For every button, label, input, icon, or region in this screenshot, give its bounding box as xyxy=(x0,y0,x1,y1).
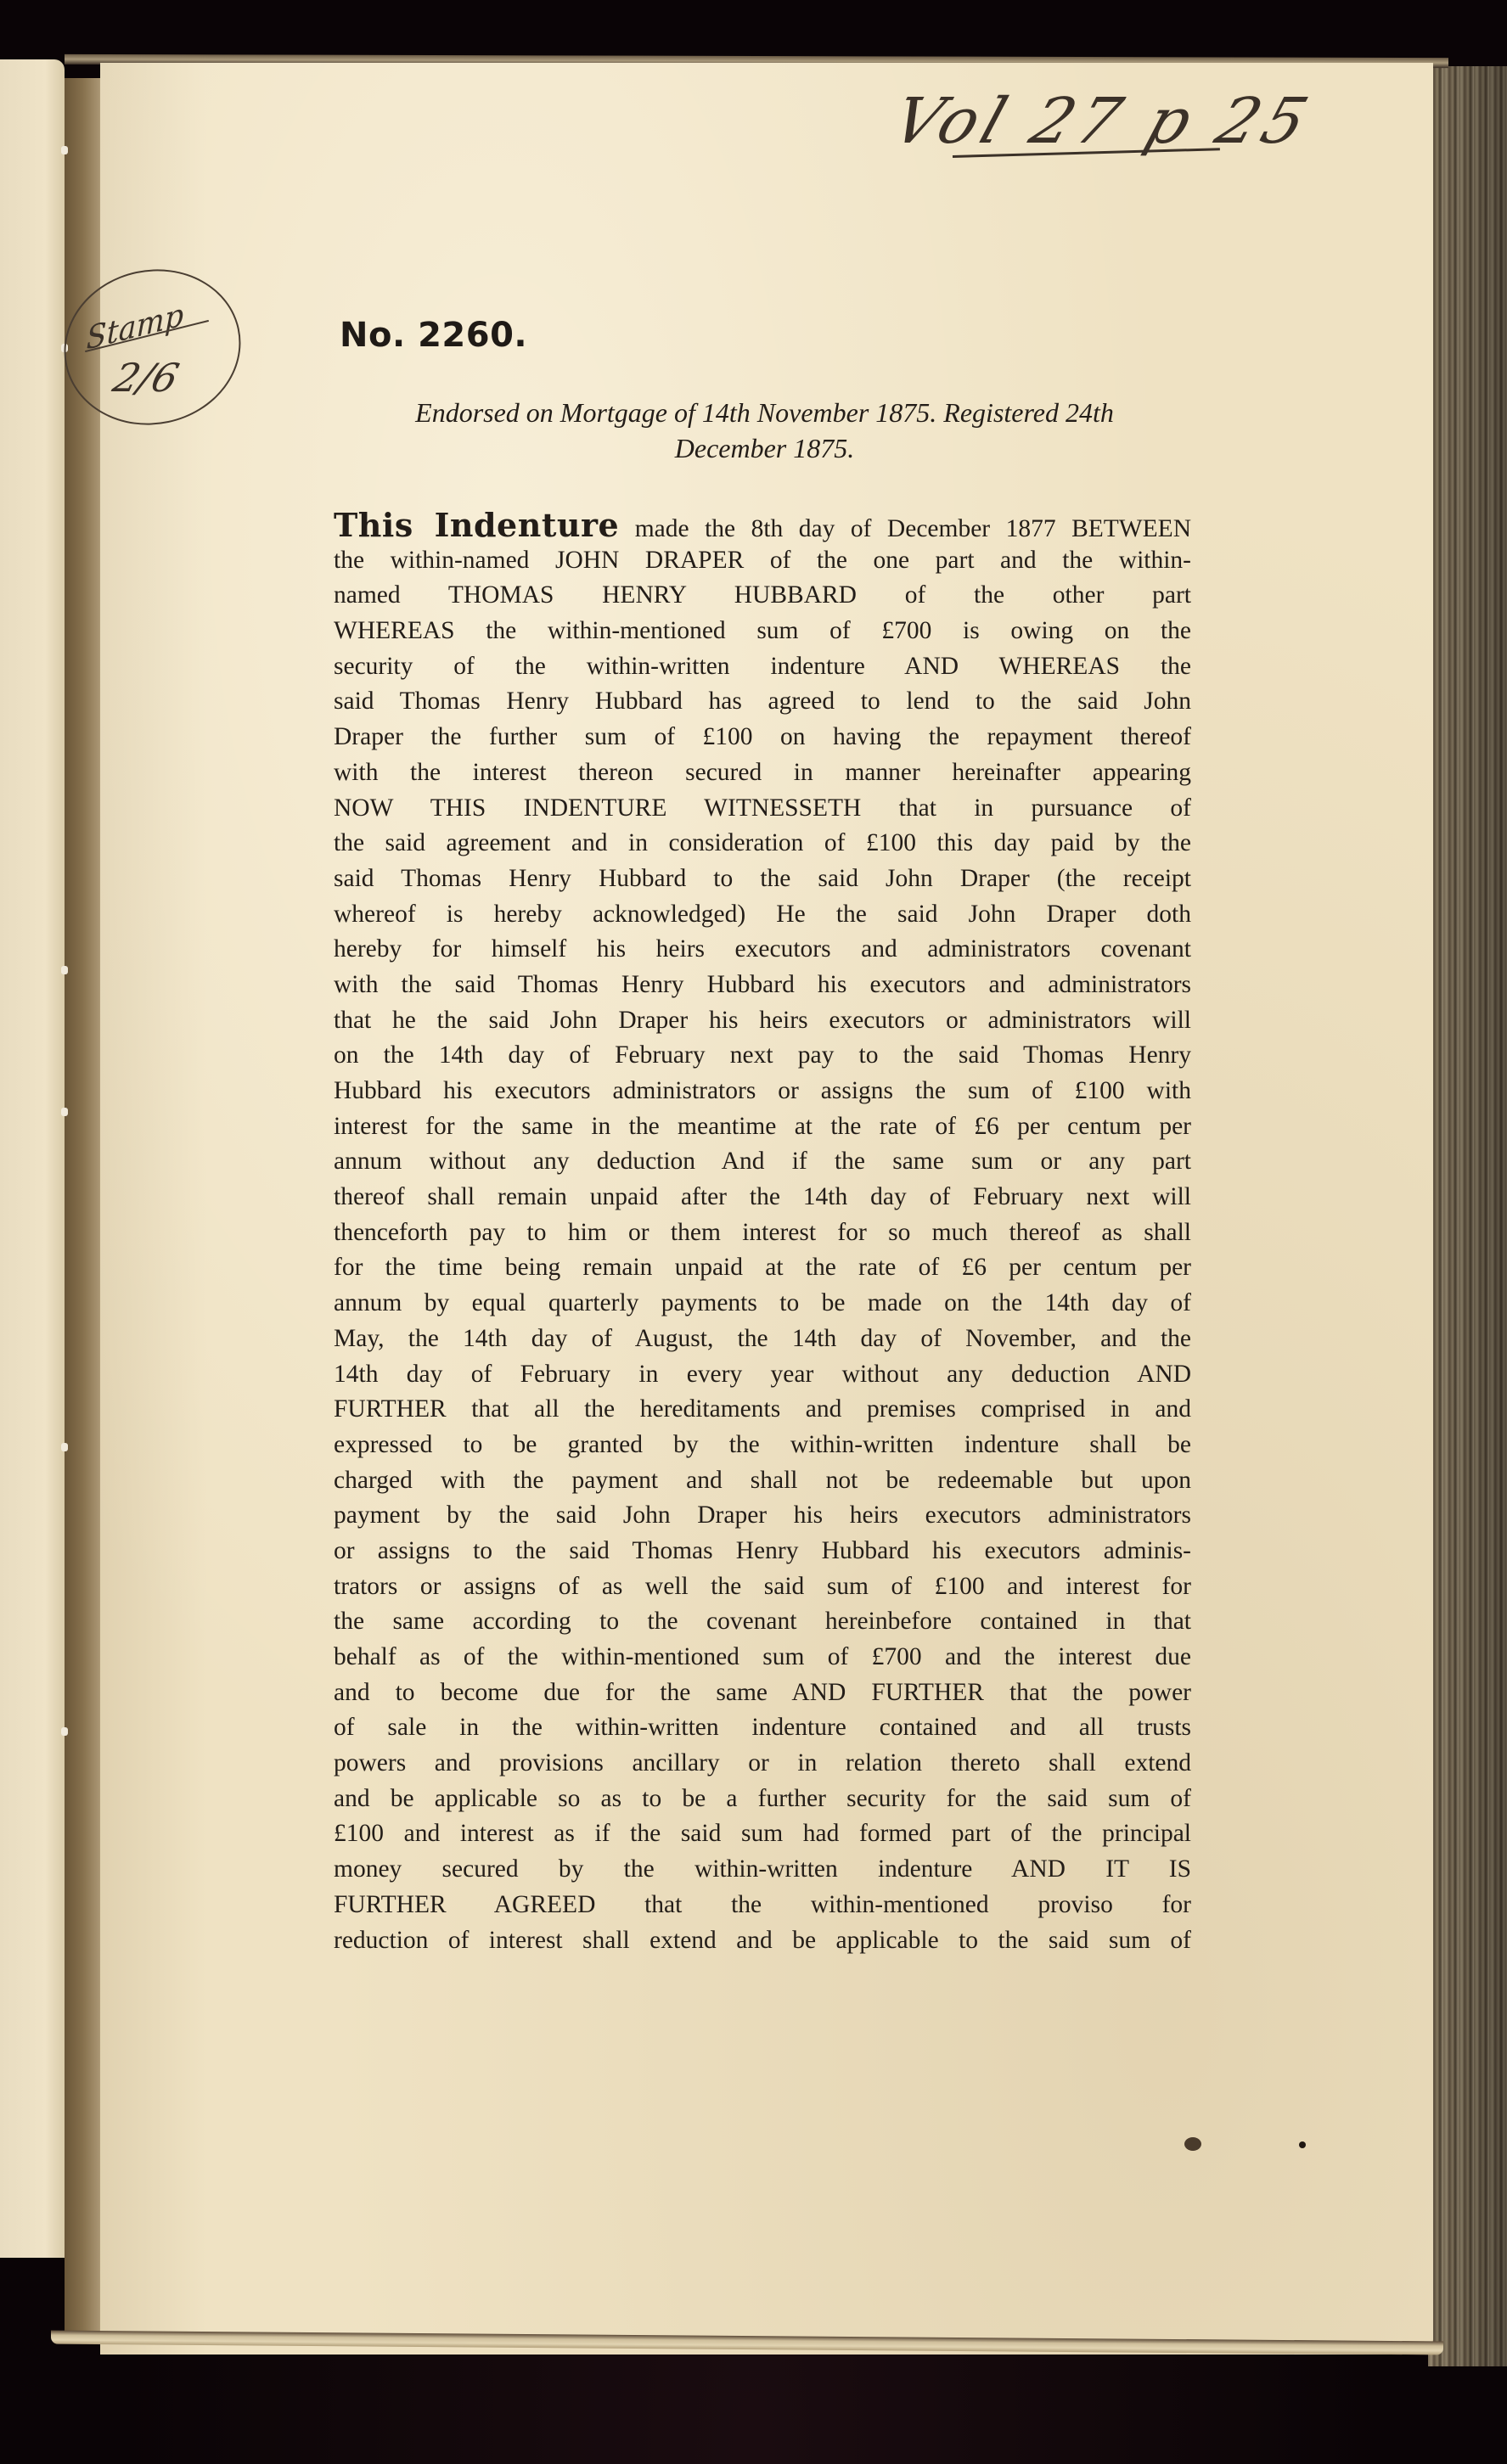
body-line: named THOMAS HENRY HUBBARD of the other … xyxy=(334,578,1191,614)
body-line: the same according to the covenant herei… xyxy=(334,1604,1191,1640)
binding-stitch xyxy=(61,146,68,154)
body-line: security of the within-written indenture… xyxy=(334,649,1191,685)
body-line: on the 14th day of February next pay to … xyxy=(334,1038,1191,1074)
opening-words: This Indenture xyxy=(334,506,619,544)
page-block-shadow xyxy=(1428,66,1507,2366)
body-line: trators or assigns of as well the said s… xyxy=(334,1569,1191,1605)
body-line: hereby for himself his heirs executors a… xyxy=(334,932,1191,968)
binding-stitch xyxy=(61,1108,68,1116)
body-line: for the time being remain unpaid at the … xyxy=(334,1250,1191,1286)
body-line: annum by equal quarterly payments to be … xyxy=(334,1286,1191,1322)
ink-spot xyxy=(1299,2141,1306,2148)
body-line: of sale in the within-written indenture … xyxy=(334,1710,1191,1746)
body-line: interest for the same in the meantime at… xyxy=(334,1109,1191,1145)
document-number: No. 2260. xyxy=(340,316,527,355)
body-line: May, the 14th day of August, the 14th da… xyxy=(334,1322,1191,1357)
body-line: said Thomas Henry Hubbard to the said Jo… xyxy=(334,862,1191,897)
body-line: £100 and interest as if the said sum had… xyxy=(334,1816,1191,1852)
indenture-body: This Indenture made the 8th day of Decem… xyxy=(334,508,1191,1958)
body-line: that he the said John Draper his heirs e… xyxy=(334,1003,1191,1039)
body-line: whereof is hereby acknowledged) He the s… xyxy=(334,897,1191,933)
body-line: payment by the said John Draper his heir… xyxy=(334,1498,1191,1534)
binding-stitch xyxy=(61,1443,68,1451)
body-line: with the said Thomas Henry Hubbard his e… xyxy=(334,968,1191,1003)
body-line: charged with the payment and shall not b… xyxy=(334,1463,1191,1499)
handwritten-volume-reference: Vol 27 p 25 xyxy=(884,85,1321,158)
body-line: NOW THIS INDENTURE WITNESSETH that in pu… xyxy=(334,791,1191,827)
body-line: with the interest thereon secured in man… xyxy=(334,755,1191,791)
body-line: thereof shall remain unpaid after the 14… xyxy=(334,1180,1191,1215)
body-line: expressed to be granted by the within-wr… xyxy=(334,1428,1191,1463)
body-line: the said agreement and in consideration … xyxy=(334,826,1191,862)
body-line: FURTHER that all the hereditaments and p… xyxy=(334,1392,1191,1428)
facing-left-page xyxy=(0,59,65,2258)
body-line: WHEREAS the within-mentioned sum of £700… xyxy=(334,614,1191,649)
body-line: and be applicable so as to be a further … xyxy=(334,1782,1191,1817)
body-line: thenceforth pay to him or them interest … xyxy=(334,1215,1191,1251)
endorsement-line-2: December 1875. xyxy=(334,430,1195,466)
ink-spot xyxy=(1184,2137,1201,2151)
body-line: said Thomas Henry Hubbard has agreed to … xyxy=(334,684,1191,720)
body-line: Hubbard his executors administrators or … xyxy=(334,1074,1191,1109)
stamp-duty-value: 2/6 xyxy=(109,355,184,401)
body-line-first: This Indenture made the 8th day of Decem… xyxy=(334,508,1191,543)
binding-stitch xyxy=(61,1727,68,1736)
endorsement-line-1: Endorsed on Mortgage of 14th November 18… xyxy=(334,395,1195,430)
body-line: Draper the further sum of £100 on having… xyxy=(334,720,1191,755)
body-line: the within-named JOHN DRAPER of the one … xyxy=(334,543,1191,579)
binding-stitch xyxy=(61,966,68,974)
body-line: annum without any deduction And if the s… xyxy=(334,1144,1191,1180)
body-line: reduction of interest shall extend and b… xyxy=(334,1923,1191,1959)
endorsement-note: Endorsed on Mortgage of 14th November 18… xyxy=(334,395,1195,466)
body-line: money secured by the within-written inde… xyxy=(334,1852,1191,1888)
body-line: behalf as of the within-mentioned sum of… xyxy=(334,1640,1191,1675)
body-line: and to become due for the same AND FURTH… xyxy=(334,1675,1191,1711)
body-line: or assigns to the said Thomas Henry Hubb… xyxy=(334,1534,1191,1569)
body-line: FURTHER AGREED that the within-mentioned… xyxy=(334,1888,1191,1923)
book-gutter xyxy=(65,78,105,2336)
body-line: powers and provisions ancillary or in re… xyxy=(334,1746,1191,1782)
body-line: 14th day of February in every year witho… xyxy=(334,1357,1191,1393)
